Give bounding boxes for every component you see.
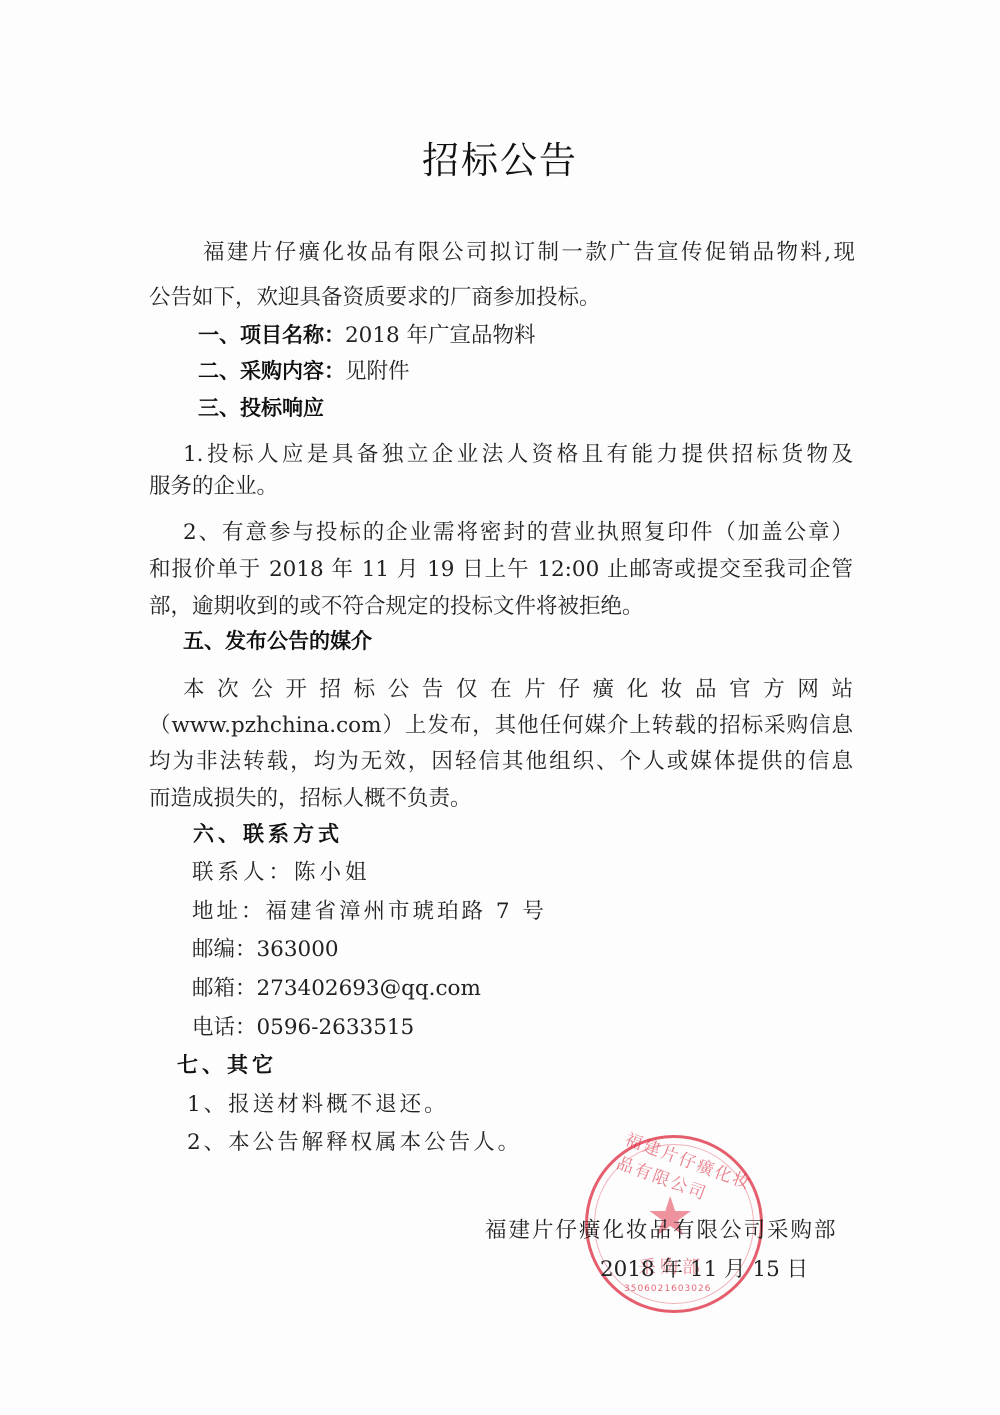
bid-item-2-line-3: 部，逾期收到的或不符合规定的投标文件将被拒绝。 xyxy=(149,592,644,622)
bid-item-1-line-1: 1.投标人应是具备独立企业法人资格且有能力提供招标货物及 xyxy=(183,440,853,470)
contact-postcode: 邮编：363000 xyxy=(192,935,339,965)
section-heading: 一、项目名称： xyxy=(198,323,345,347)
section-heading-bid-response: 三、投标响应 xyxy=(198,393,324,423)
section-value: 2018 年广宣品物料 xyxy=(345,323,536,348)
section-heading-media: 五、发布公告的媒介 xyxy=(183,626,372,656)
contact-address: 地址：福建省漳州市琥珀路 7 号 xyxy=(192,897,547,927)
bid-item-2-line-2: 和报价单于 2018 年 11 月 19 日上午 12:00 止邮寄或提交至我司… xyxy=(149,555,853,585)
other-item-2: 2、本公告解释权属本公告人。 xyxy=(187,1128,522,1158)
section-value: 见附件 xyxy=(345,359,410,384)
intro-line-1: 福建片仔癀化妆品有限公司拟订制一款广告宣传促销品物料,现 xyxy=(203,238,855,268)
signature-org: 福建片仔癀化妆品有限公司采购部 xyxy=(485,1213,838,1244)
section-heading-other: 七、其它 xyxy=(177,1050,277,1080)
bid-item-2-line-1: 2、有意参与投标的企业需将密封的营业执照复印件（加盖公章） xyxy=(183,518,853,548)
media-line-2: （www.pzhchina.com）上发布，其他任何媒介上转载的招标采购信息 xyxy=(149,711,853,741)
section-heading-contact: 六、联系方式 xyxy=(193,819,343,849)
section-heading: 二、采购内容： xyxy=(198,359,345,383)
seal-code: 3506021603026 xyxy=(624,1284,711,1294)
media-line-3: 均为非法转载，均为无效，因轻信其他组织、个人或媒体提供的信息 xyxy=(149,747,853,777)
contact-phone: 电话：0596-2633515 xyxy=(192,1013,414,1043)
section-project-name: 一、项目名称：2018 年广宣品物料 xyxy=(198,320,536,351)
section-procurement-content: 二、采购内容：见附件 xyxy=(198,356,410,387)
bid-item-1-line-2: 服务的企业。 xyxy=(149,472,278,502)
media-line-1: 本次公开招标公告仅在片仔癀化妆品官方网站 xyxy=(183,675,853,705)
signature-date: 2018 年 11 月 15 日 xyxy=(600,1252,808,1283)
intro-line-2: 公告如下，欢迎具备资质要求的厂商参加投标。 xyxy=(149,283,601,313)
contact-email: 邮箱：273402693@qq.com xyxy=(192,974,481,1004)
contact-person: 联系人：陈小姐 xyxy=(192,858,371,888)
media-line-4: 而造成损失的，招标人概不负责。 xyxy=(149,784,472,814)
other-item-1: 1、报送材料概不退还。 xyxy=(187,1090,449,1120)
page-title: 招标公告 xyxy=(0,130,1000,184)
